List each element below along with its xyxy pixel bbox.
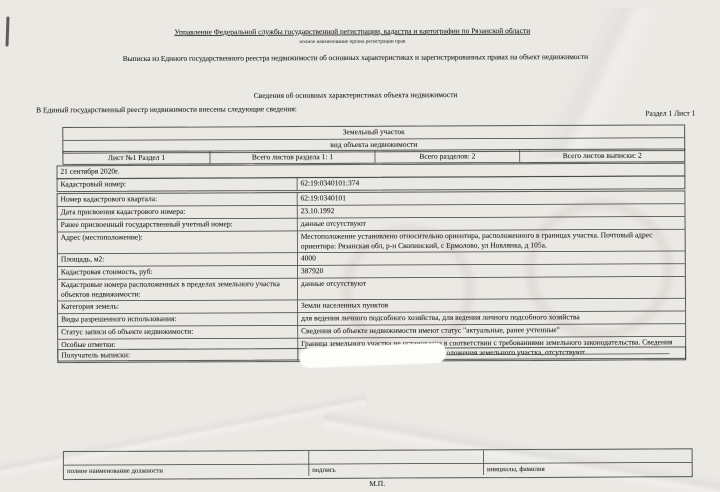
- signature-entry-name: [484, 449, 692, 463]
- record-value: данные отсутствуют: [298, 277, 685, 300]
- record-label: Кадастровые номера расположенных в преде…: [58, 279, 298, 301]
- signature-entry-sign: [309, 450, 484, 464]
- record-value: 387920: [298, 264, 685, 278]
- characteristics-table: Номер кадастрового квартала: 62:19:03401…: [57, 191, 686, 362]
- signature-table: полное наименование должности подпись ин…: [63, 449, 692, 480]
- record-label: Номер кадастрового квартала:: [58, 193, 298, 206]
- total-sheets-extract: Всего листов выписки: 2: [520, 149, 684, 162]
- record-label: Ранее присвоенный государственный учетны…: [58, 219, 298, 232]
- recipient-row: Получатель выписки:: [58, 347, 685, 362]
- record-label: Кадастровый номер:: [57, 178, 297, 191]
- record-label: Виды разрешенного использования:: [58, 313, 298, 326]
- sheet-info-row: Лист №1 Раздел 1 Всего листов раздела 1:…: [63, 149, 684, 164]
- recipient-label: Получатель выписки:: [58, 349, 298, 362]
- record-row: Адрес (местоположение): Местоположение у…: [58, 230, 685, 254]
- record-value: для ведения личного подсобного хозяйства…: [298, 311, 685, 325]
- record-value: 23.10.1992: [298, 204, 685, 218]
- record-value: 62:19:0340101:374: [297, 176, 684, 190]
- sheet-number: Лист №1 Раздел 1: [63, 151, 210, 164]
- record-value: 62:19:0340101: [298, 191, 685, 205]
- signature-caption-position: полное наименование должности: [64, 464, 309, 476]
- intro-line: В Единый государственный реестр недвижим…: [36, 105, 297, 114]
- record-label: Адрес (местоположение):: [58, 231, 298, 253]
- org-name: Управление Федеральной службы государств…: [0, 26, 706, 37]
- document-title: Выписка из Единого государственного реес…: [0, 52, 712, 63]
- recipient-table: Получатель выписки:: [57, 347, 686, 363]
- stamp-mark: М.П.: [63, 479, 691, 490]
- scanned-document-viewport: Управление Федеральной службы государств…: [0, 0, 720, 492]
- signature-caption-row: полное наименование должности подпись ин…: [64, 463, 692, 479]
- signature-entry-position: [64, 451, 309, 465]
- total-sections: Всего разделов: 2: [375, 150, 520, 163]
- record-label: Площадь, м2:: [58, 253, 298, 266]
- total-sheets-section: Всего листов раздела 1: 1: [210, 151, 375, 164]
- record-value: Сведения об объекте недвижимости имеют с…: [298, 324, 685, 338]
- record-value: Земли населенных пунктов: [298, 299, 685, 313]
- section-title: Сведения об основных характеристиках объ…: [0, 90, 712, 101]
- cadastral-number-table: Кадастровый номер: 62:19:0340101:374: [57, 176, 686, 192]
- record-value: Местоположение установлено относительно …: [298, 230, 685, 253]
- section-reference: Раздел 1 Лист 1: [645, 110, 695, 118]
- record-value: 4000: [298, 251, 685, 265]
- org-name-caption: полное наименование органа регистрации п…: [0, 37, 706, 46]
- signature-caption-name: инициалы, фамилия: [484, 463, 692, 475]
- record-label: Кадастровая стоимость, руб:: [58, 266, 298, 279]
- record-row: Кадастровые номера расположенных в преде…: [58, 277, 685, 301]
- record-value: данные отсутствуют: [298, 217, 685, 231]
- document-content: Управление Федеральной службы государств…: [0, 0, 720, 492]
- record-label: Статус записи об объекте недвижимости:: [58, 326, 298, 339]
- record-row: Кадастровый номер: 62:19:0340101:374: [57, 176, 684, 191]
- paper-sheet: Управление Федеральной службы государств…: [0, 0, 720, 492]
- signature-caption-sign: подпись: [309, 464, 484, 476]
- record-label: Категория земель:: [58, 300, 298, 313]
- record-label: Дата присвоения кадастрового номера:: [58, 206, 298, 219]
